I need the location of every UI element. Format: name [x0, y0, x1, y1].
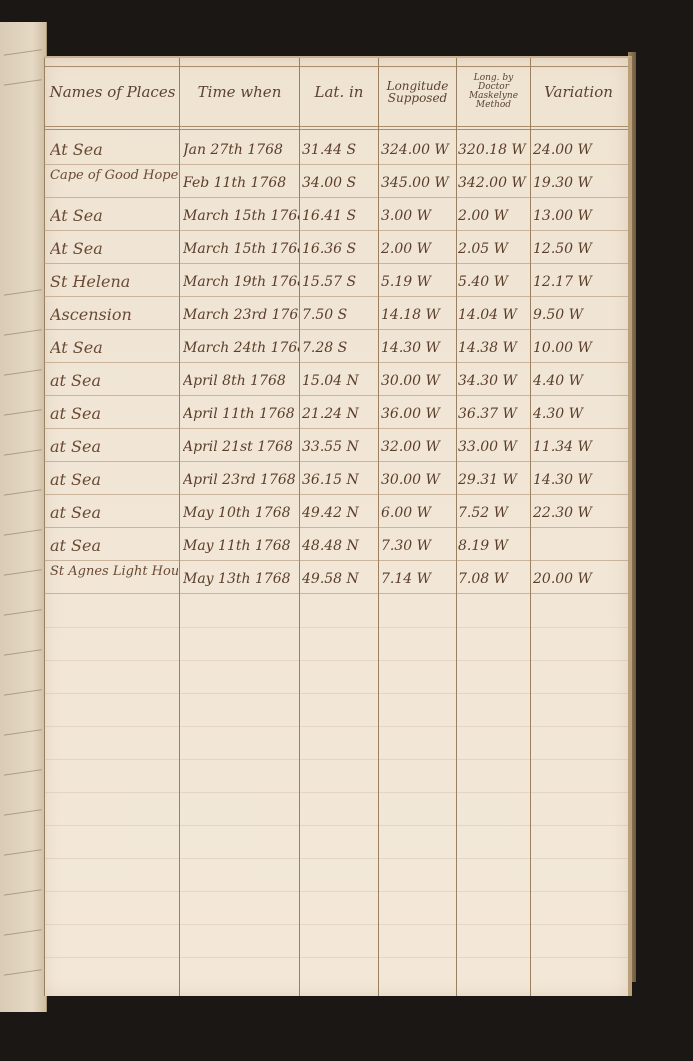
table-row: St Agnes Light HouseMay 13th 176849.58 N…: [44, 561, 628, 595]
cell-place: at Sea: [50, 400, 178, 428]
table-row: At SeaMarch 15th 176816.41 S3.00 W2.00 W…: [44, 198, 628, 232]
cell-lat: 33.55 N: [302, 433, 378, 461]
cell-variation: 12.50 W: [533, 235, 625, 263]
cell-date: May 10th 1768: [183, 499, 299, 527]
table-row: St HelenaMarch 19th 176815.57 S5.19 W5.4…: [44, 264, 628, 298]
ruled-line: [44, 627, 628, 628]
cell-place: At Sea: [50, 235, 178, 263]
table-row: At SeaMarch 15th 176816.36 S2.00 W2.05 W…: [44, 231, 628, 265]
cell-long-supposed: 30.00 W: [381, 466, 456, 494]
cell-place: St Helena: [50, 268, 178, 296]
cell-lat: 31.44 S: [302, 136, 378, 164]
cell-long-supposed: 2.00 W: [381, 235, 456, 263]
previous-page-edge: [0, 22, 47, 1012]
cell-place: St Agnes Light House: [50, 565, 178, 593]
cell-long-supposed: 324.00 W: [381, 136, 456, 164]
cell-variation: 4.40 W: [533, 367, 625, 395]
cell-variation: 14.30 W: [533, 466, 625, 494]
header-time: Time when: [180, 58, 299, 126]
cell-long-maskelyne: 320.18 W: [458, 136, 530, 164]
cell-place: at Sea: [50, 499, 178, 527]
cell-long-maskelyne: 342.00 W: [458, 169, 530, 197]
cell-date: April 23rd 1768: [183, 466, 299, 494]
cell-long-supposed: 5.19 W: [381, 268, 456, 296]
cell-variation: 11.34 W: [533, 433, 625, 461]
table-row: AscensionMarch 23rd 17687.50 S14.18 W14.…: [44, 297, 628, 331]
ruled-line: [44, 660, 628, 661]
cell-lat: 49.58 N: [302, 565, 378, 593]
cell-long-supposed: 7.30 W: [381, 532, 456, 560]
cell-date: March 24th 1768: [183, 334, 299, 362]
table-row: at SeaApril 8th 176815.04 N30.00 W34.30 …: [44, 363, 628, 397]
cell-long-maskelyne: 8.19 W: [458, 532, 530, 560]
cell-place: at Sea: [50, 532, 178, 560]
cell-variation: 13.00 W: [533, 202, 625, 230]
table-row: Cape of Good HopeFeb 11th 176834.00 S345…: [44, 165, 628, 199]
header-variation: Variation: [531, 58, 626, 126]
cell-long-maskelyne: 14.38 W: [458, 334, 530, 362]
row-rule: [44, 593, 628, 594]
cell-long-maskelyne: 7.08 W: [458, 565, 530, 593]
cell-lat: 16.36 S: [302, 235, 378, 263]
cell-long-supposed: 7.14 W: [381, 565, 456, 593]
cell-long-maskelyne: 5.40 W: [458, 268, 530, 296]
cell-place: At Sea: [50, 334, 178, 362]
cell-date: April 8th 1768: [183, 367, 299, 395]
cell-place: At Sea: [50, 136, 178, 164]
cell-variation: 24.00 W: [533, 136, 625, 164]
table-row: at SeaApril 11th 176821.24 N36.00 W36.37…: [44, 396, 628, 430]
cell-long-maskelyne: 29.31 W: [458, 466, 530, 494]
cell-variation: [533, 532, 625, 560]
ruled-line: [44, 726, 628, 727]
table-row: at SeaMay 11th 176848.48 N7.30 W8.19 W: [44, 528, 628, 562]
header-longitude-maskelyne: Long. by Doctor Maskelyne Method: [457, 58, 530, 126]
table-row: At SeaMarch 24th 17687.28 S14.30 W14.38 …: [44, 330, 628, 364]
cell-long-supposed: 32.00 W: [381, 433, 456, 461]
cell-date: March 23rd 1768: [183, 301, 299, 329]
cell-long-maskelyne: 7.52 W: [458, 499, 530, 527]
cell-long-maskelyne: 2.05 W: [458, 235, 530, 263]
cell-lat: 16.41 S: [302, 202, 378, 230]
cell-long-maskelyne: 36.37 W: [458, 400, 530, 428]
cell-long-maskelyne: 33.00 W: [458, 433, 530, 461]
cell-long-supposed: 6.00 W: [381, 499, 456, 527]
cell-lat: 21.24 N: [302, 400, 378, 428]
header-places: Names of Places: [46, 58, 179, 126]
cell-lat: 7.28 S: [302, 334, 378, 362]
cell-date: March 15th 1768: [183, 235, 299, 263]
ruled-line: [44, 759, 628, 760]
ruled-line: [44, 792, 628, 793]
cell-date: May 11th 1768: [183, 532, 299, 560]
cell-date: April 21st 1768: [183, 433, 299, 461]
table-row: at SeaMay 10th 176849.42 N6.00 W7.52 W22…: [44, 495, 628, 529]
header-latitude: Lat. in: [300, 58, 378, 126]
cell-long-supposed: 30.00 W: [381, 367, 456, 395]
cell-place: Cape of Good Hope: [50, 169, 178, 197]
cell-date: Feb 11th 1768: [183, 169, 299, 197]
cell-long-maskelyne: 2.00 W: [458, 202, 530, 230]
cell-place: Ascension: [50, 301, 178, 329]
table-row: at SeaApril 23rd 176836.15 N30.00 W29.31…: [44, 462, 628, 496]
header-rule-double: [44, 129, 628, 130]
ledger-page: Names of Places Time when Lat. in Longit…: [44, 56, 632, 996]
cell-lat: 7.50 S: [302, 301, 378, 329]
cell-long-maskelyne: 34.30 W: [458, 367, 530, 395]
cell-long-supposed: 14.18 W: [381, 301, 456, 329]
cell-lat: 15.04 N: [302, 367, 378, 395]
ruled-line: [44, 858, 628, 859]
cell-variation: 4.30 W: [533, 400, 625, 428]
ruled-line: [44, 693, 628, 694]
cell-variation: 9.50 W: [533, 301, 625, 329]
cell-long-supposed: 36.00 W: [381, 400, 456, 428]
cell-lat: 34.00 S: [302, 169, 378, 197]
table-row: At SeaJan 27th 176831.44 S324.00 W320.18…: [44, 132, 628, 166]
cell-date: April 11th 1768: [183, 400, 299, 428]
cell-place: at Sea: [50, 433, 178, 461]
cell-variation: 19.30 W: [533, 169, 625, 197]
cell-variation: 10.00 W: [533, 334, 625, 362]
cell-variation: 12.17 W: [533, 268, 625, 296]
cell-date: March 15th 1768: [183, 202, 299, 230]
ruled-line: [44, 825, 628, 826]
cell-place: at Sea: [50, 367, 178, 395]
cell-long-maskelyne: 14.04 W: [458, 301, 530, 329]
ruled-line: [44, 924, 628, 925]
cell-long-supposed: 3.00 W: [381, 202, 456, 230]
cell-lat: 15.57 S: [302, 268, 378, 296]
cell-lat: 49.42 N: [302, 499, 378, 527]
ruled-line: [44, 957, 628, 958]
cell-lat: 48.48 N: [302, 532, 378, 560]
header-rule: [44, 126, 628, 127]
cell-date: March 19th 1768: [183, 268, 299, 296]
cell-long-supposed: 345.00 W: [381, 169, 456, 197]
cell-variation: 22.30 W: [533, 499, 625, 527]
cell-lat: 36.15 N: [302, 466, 378, 494]
cell-place: at Sea: [50, 466, 178, 494]
table-row: at SeaApril 21st 176833.55 N32.00 W33.00…: [44, 429, 628, 463]
ruled-line: [44, 891, 628, 892]
cell-date: Jan 27th 1768: [183, 136, 299, 164]
cell-date: May 13th 1768: [183, 565, 299, 593]
header-longitude-supposed: Longitude Supposed: [379, 58, 456, 126]
cell-place: At Sea: [50, 202, 178, 230]
cell-long-supposed: 14.30 W: [381, 334, 456, 362]
cell-variation: 20.00 W: [533, 565, 625, 593]
